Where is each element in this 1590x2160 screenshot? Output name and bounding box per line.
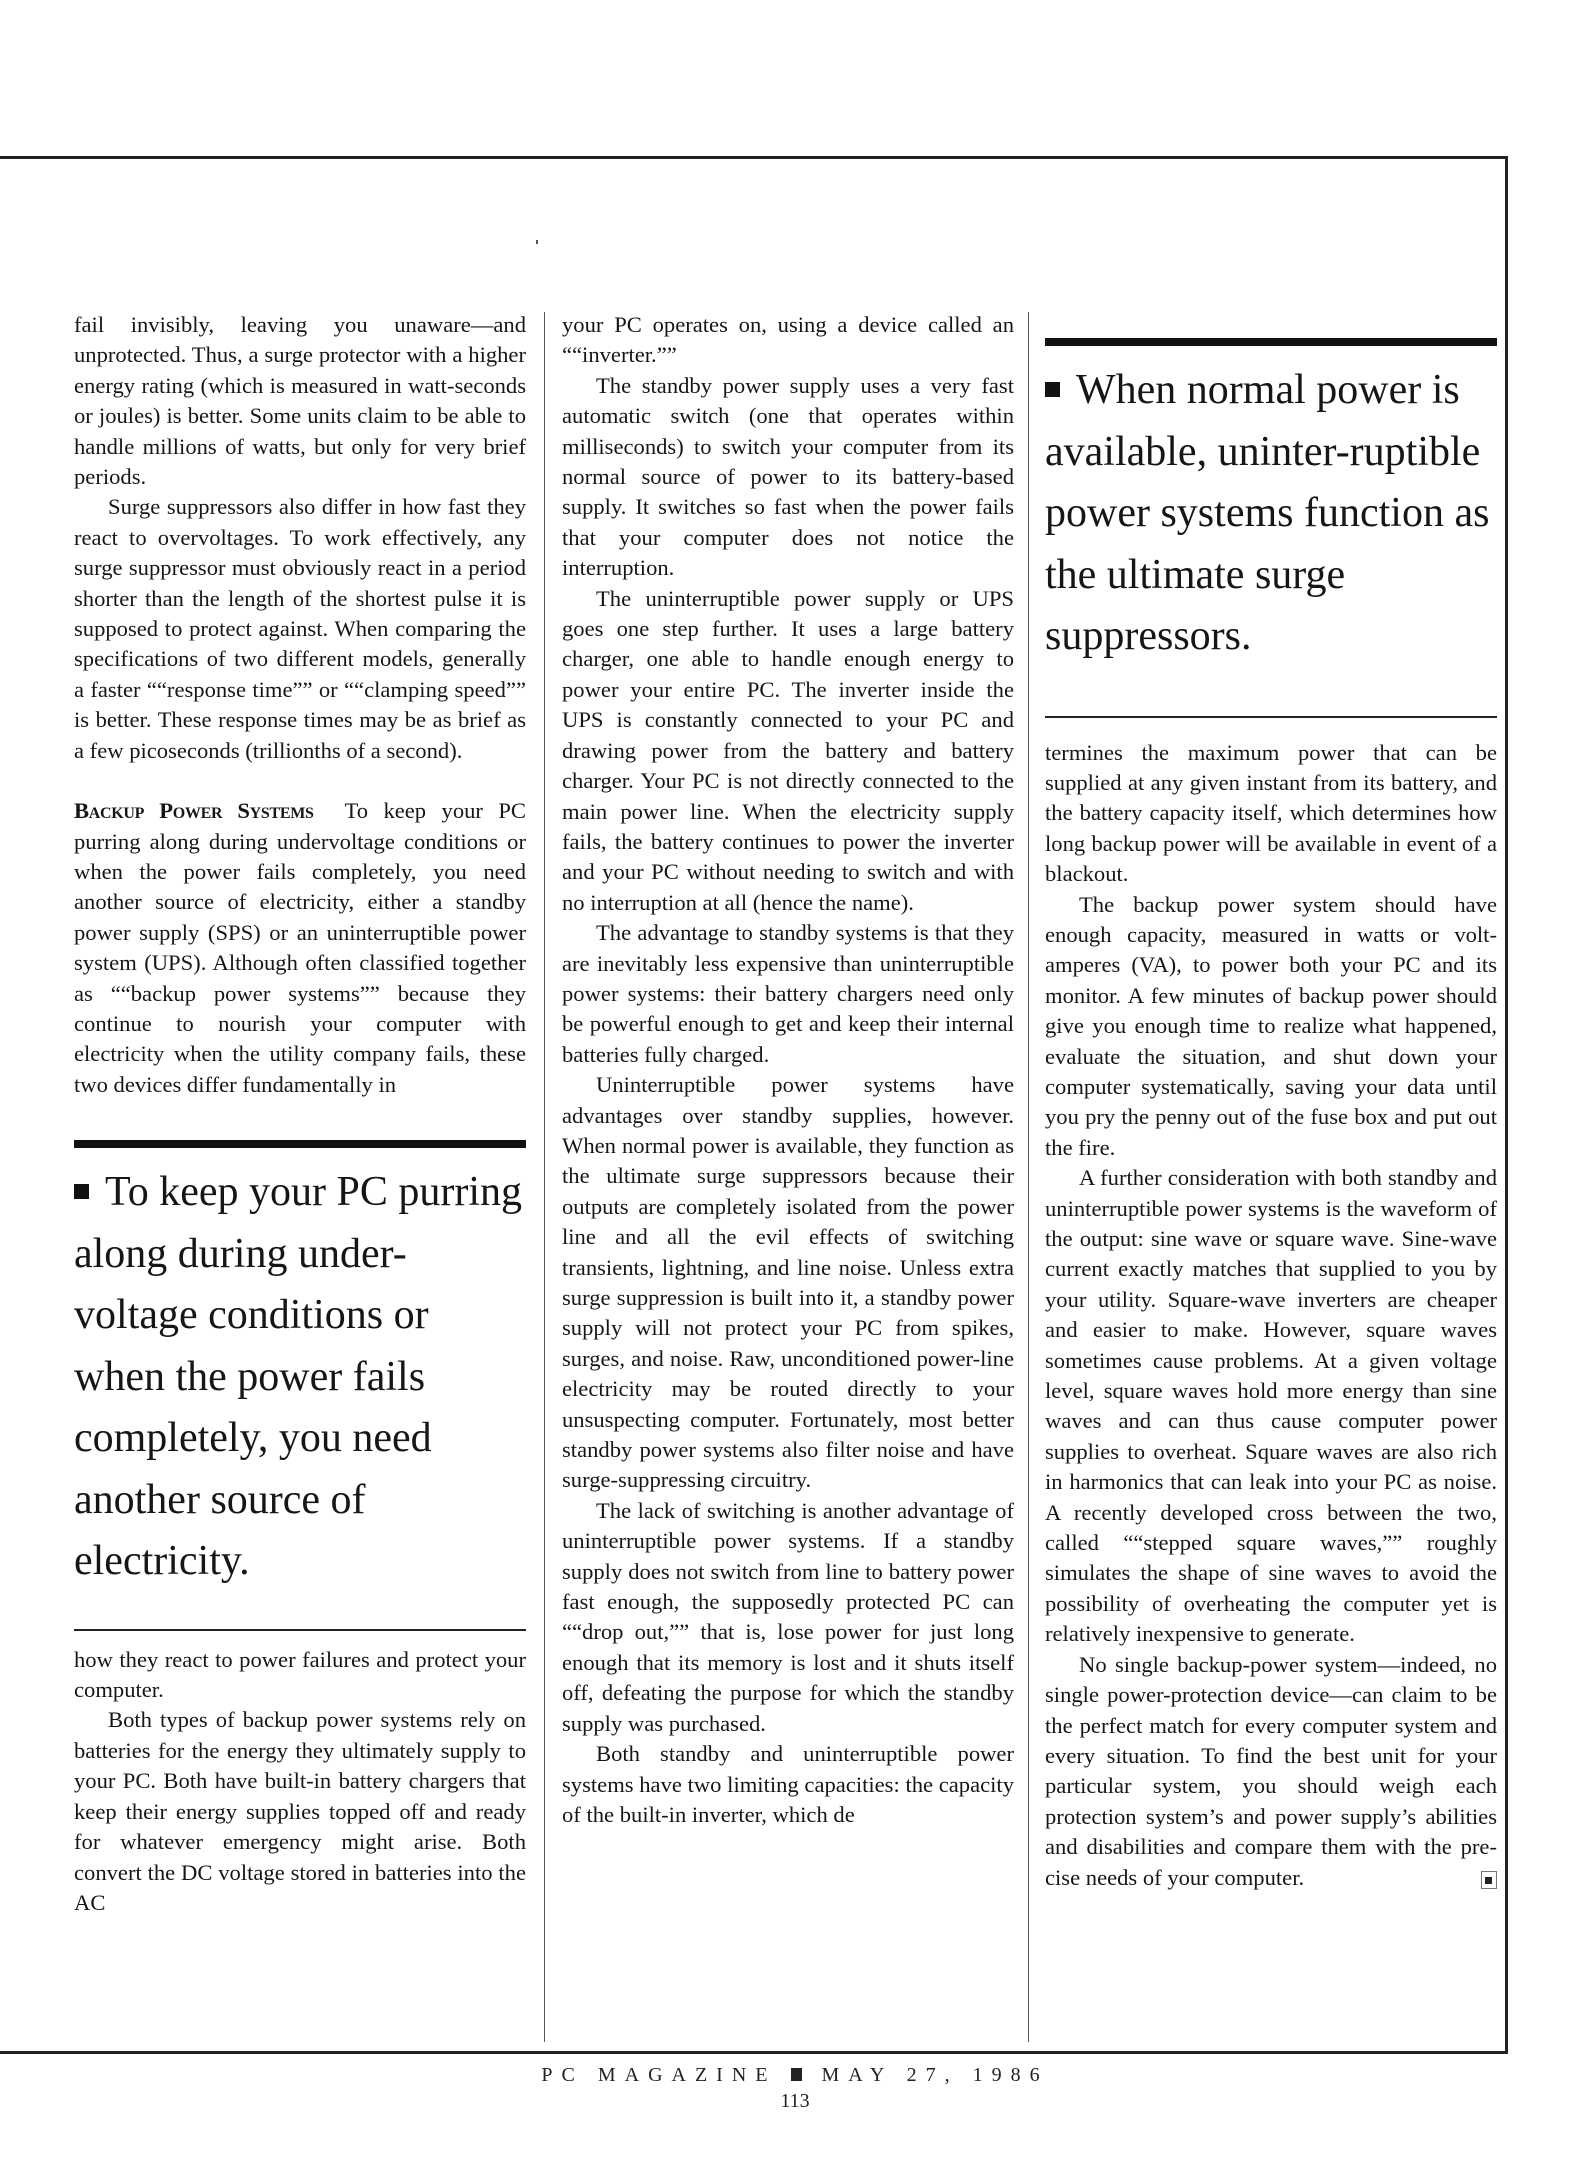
pull-quote-text: To keep your PC purring along during und…	[74, 1169, 522, 1584]
end-of-article-icon	[1481, 1871, 1497, 1889]
paragraph: your PC operates on, using a device call…	[562, 310, 1014, 371]
paragraph: The advantage to standby systems is that…	[562, 918, 1014, 1070]
pull-quote-top-rule	[1045, 338, 1497, 346]
column-2: your PC operates on, using a device call…	[562, 310, 1014, 1830]
column-rule-1	[544, 312, 545, 2042]
paragraph: No single backup-power system—in­deed, n…	[1045, 1650, 1497, 1893]
page-footer: PC MAGAZINE MAY 27, 1986	[0, 2064, 1590, 2087]
closing-paragraph-text: No single backup-power system—in­deed, n…	[1045, 1652, 1497, 1890]
page-number: 113	[0, 2090, 1590, 2113]
column-1: fail invisibly, leaving you unaware—and …	[74, 310, 526, 1918]
issue-date: MAY 27, 1986	[822, 2064, 1049, 2086]
publication-name: PC MAGAZINE	[541, 2064, 776, 2086]
section-paragraph: Backup Power Systems To keep your PC pur…	[74, 796, 526, 1100]
paragraph: Both types of backup power systems rely …	[74, 1705, 526, 1918]
paragraph: The standby power supply uses a very fas…	[562, 371, 1014, 584]
paragraph: how they react to power failures and pro…	[74, 1645, 526, 1706]
paragraph: termines the maximum power that can be s…	[1045, 738, 1497, 890]
column-3: When normal power is available, uninter-…	[1045, 338, 1497, 1893]
square-bullet-icon	[1045, 382, 1060, 397]
pull-quote-text: When normal power is available, uninter-…	[1045, 367, 1489, 659]
pull-quote-2: When normal power is available, uninter-…	[1045, 338, 1497, 718]
paragraph: fail invisibly, leaving you unaware—and …	[74, 310, 526, 492]
paragraph: Surge suppressors also differ in how fas…	[74, 492, 526, 766]
paragraph: The lack of switching is another advan­t…	[562, 1496, 1014, 1739]
paragraph: Uninterruptible power systems have advan…	[562, 1070, 1014, 1496]
paragraph: The uninterruptible power supply or UPS …	[562, 584, 1014, 918]
paragraph: The backup power system should have enou…	[1045, 890, 1497, 1164]
pull-quote-bottom-rule	[74, 1629, 526, 1631]
pull-quote-top-rule	[74, 1140, 526, 1148]
section-body: To keep your PC purring along during und…	[74, 798, 526, 1097]
paragraph: Both standby and uninterruptible power s…	[562, 1739, 1014, 1830]
column-rule-2	[1028, 312, 1029, 2042]
print-speck	[536, 240, 538, 244]
paragraph: A further consideration with both standb…	[1045, 1163, 1497, 1650]
square-bullet-icon	[74, 1184, 89, 1199]
pull-quote-bottom-rule	[1045, 716, 1497, 718]
square-separator-icon	[791, 2068, 802, 2081]
section-heading: Backup Power Systems	[74, 798, 314, 823]
pull-quote-1: To keep your PC purring along during und…	[74, 1140, 526, 1631]
